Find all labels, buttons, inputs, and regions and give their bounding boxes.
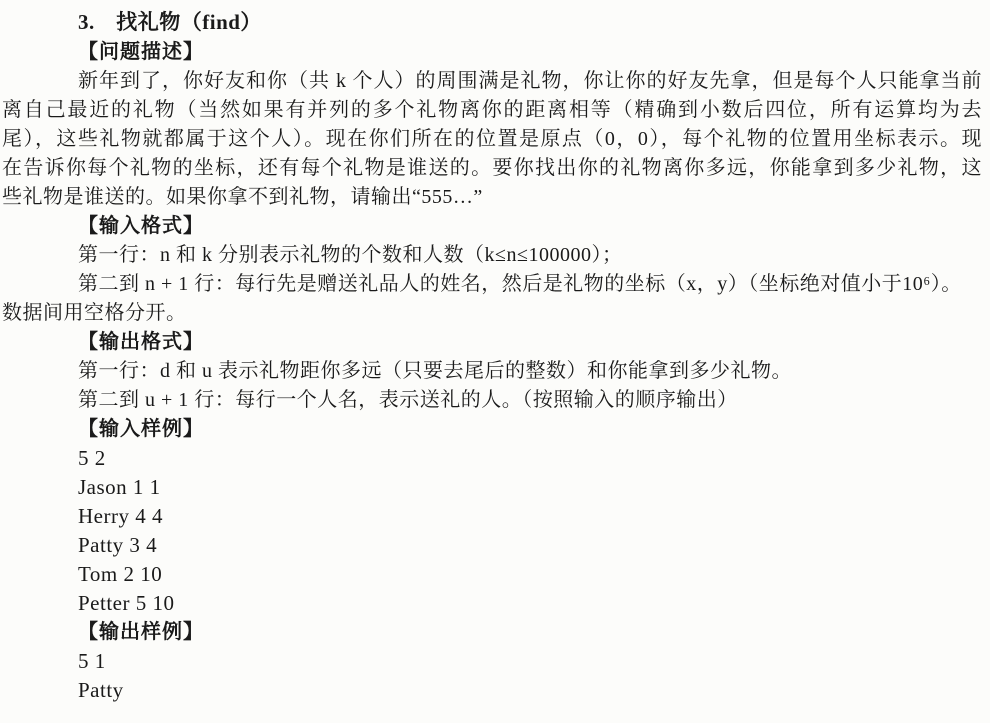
section-heading-sample-input: 【输入样例】 <box>2 415 986 444</box>
description-line: 尾），这些礼物就都属于这个人）。现在你们所在的位置是原点（0，0），每个礼物的位… <box>2 125 986 154</box>
sample-input-line: Jason 1 1 <box>2 473 986 502</box>
input-format-line: 第一行：n 和 k 分别表示礼物的个数和人数（k≤n≤100000）； <box>2 241 986 270</box>
section-heading-description: 【问题描述】 <box>2 38 986 67</box>
description-line: 新年到了，你好友和你（共 k 个人）的周围满是礼物，你让你的好友先拿，但是每个人… <box>2 67 986 96</box>
sample-output-line: Patty <box>2 676 986 705</box>
problem-title: 3. 找礼物（find） <box>2 7 986 38</box>
section-heading-sample-output: 【输出样例】 <box>2 618 986 647</box>
sample-output-line: 5 1 <box>2 647 986 676</box>
sample-input-line: Petter 5 10 <box>2 589 986 618</box>
sample-input-line: Herry 4 4 <box>2 502 986 531</box>
output-format-line: 第一行：d 和 u 表示礼物距你多远（只要去尾后的整数）和你能拿到多少礼物。 <box>2 357 986 386</box>
section-heading-output-format: 【输出格式】 <box>2 328 986 357</box>
description-line: 在告诉你每个礼物的坐标，还有每个礼物是谁送的。要你找出你的礼物离你多远，你能拿到… <box>2 154 986 183</box>
input-format-line: 数据间用空格分开。 <box>2 299 986 328</box>
document-page: 3. 找礼物（find） 【问题描述】 新年到了，你好友和你（共 k 个人）的周… <box>0 0 990 723</box>
description-line: 些礼物是谁送的。如果你拿不到礼物，请输出“555…” <box>2 183 986 212</box>
sample-input-line: Tom 2 10 <box>2 560 986 589</box>
section-heading-input-format: 【输入格式】 <box>2 212 986 241</box>
sample-input-line: 5 2 <box>2 444 986 473</box>
sample-input-line: Patty 3 4 <box>2 531 986 560</box>
input-format-line: 第二到 n + 1 行：每行先是赠送礼品人的姓名，然后是礼物的坐标（x，y）（坐… <box>2 270 986 299</box>
description-line: 离自己最近的礼物（当然如果有并列的多个礼物离你的距离相等（精确到小数后四位，所有… <box>2 96 986 125</box>
output-format-line: 第二到 u + 1 行：每行一个人名，表示送礼的人。（按照输入的顺序输出） <box>2 386 986 415</box>
